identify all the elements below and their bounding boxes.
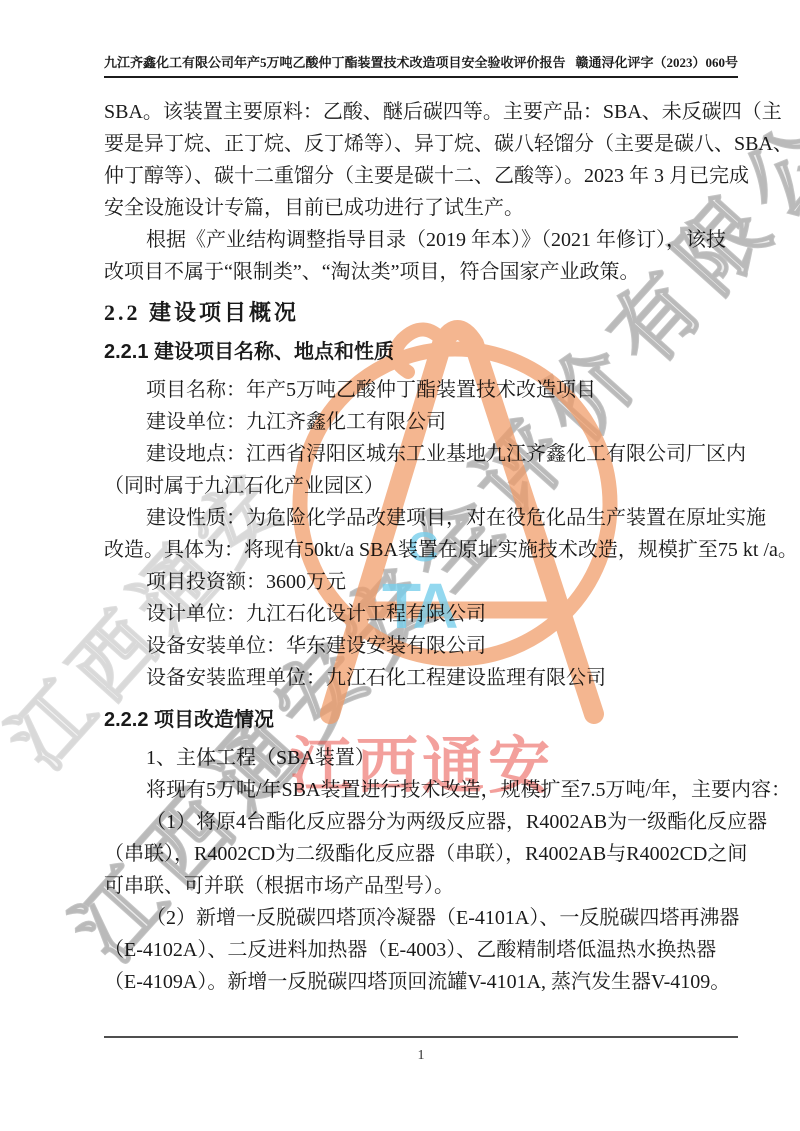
- text-line: 建设地点：江西省浔阳区城东工业基地九江齐鑫化工有限公司厂区内: [104, 438, 744, 470]
- renovation-lines: 1、主体工程（SBA装置）将现有5万吨/年SBA装置进行技术改造，规模扩至7.5…: [104, 742, 744, 998]
- project-info-lines: 项目名称：年产5万吨乙酸仲丁酯装置技术改造项目建设单位：九江齐鑫化工有限公司建设…: [104, 374, 744, 694]
- section-heading-2-2: 2.2 建设项目概况: [104, 298, 744, 328]
- text-line: （串联），R4002CD为二级酯化反应器（串联），R4002AB与R4002CD…: [104, 838, 744, 870]
- report-title: 九江齐鑫化工有限公司年产5万吨乙酸仲丁酯装置技术改造项目安全验收评价报告: [104, 52, 566, 71]
- text-line: 将现有5万吨/年SBA装置进行技术改造，规模扩至7.5万吨/年，主要内容：: [104, 774, 744, 806]
- section-heading-2-2-2: 2.2.2 项目改造情况: [104, 706, 744, 734]
- text-line: 要是异丁烷、正丁烷、反丁烯等）、异丁烷、碳八轻馏分（主要是碳八、SBA、: [104, 128, 744, 160]
- text-line: 建设单位：九江齐鑫化工有限公司: [104, 406, 744, 438]
- text-line: （1）将原4台酯化反应器分为两级反应器，R4002AB为一级酯化反应器: [104, 806, 744, 838]
- text-line: 设备安装监理单位：九江石化工程建设监理有限公司: [104, 662, 744, 694]
- doc-number: 赣通浔化评字（2023）060号: [575, 52, 738, 71]
- text-line: 项目名称：年产5万吨乙酸仲丁酯装置技术改造项目: [104, 374, 744, 406]
- text-line: 设备安装单位：华东建设安装有限公司: [104, 630, 744, 662]
- text-line: （E-4109A）。新增一反脱碳四塔顶回流罐V-4101A, 蒸汽发生器V-41…: [104, 966, 744, 998]
- paragraph-products: SBA。该装置主要原料：乙酸、醚后碳四等。主要产品：SBA、未反碳四（主要是异丁…: [104, 96, 744, 224]
- text-line: 改项目不属于“限制类”、“淘汰类”项目，符合国家产业政策。: [104, 256, 744, 288]
- footer-rule: [104, 1036, 738, 1038]
- text-line: 设计单位：九江石化设计工程有限公司: [104, 598, 744, 630]
- text-line: 建设性质：为危险化学品改建项目，对在役危化品生产装置在原址实施: [104, 502, 744, 534]
- text-line: 1、主体工程（SBA装置）: [104, 742, 744, 774]
- text-line: 改造。具体为：将现有50kt/a SBA装置在原址实施技术改造，规模扩至75 k…: [104, 534, 744, 566]
- document-body: SBA。该装置主要原料：乙酸、醚后碳四等。主要产品：SBA、未反碳四（主要是异丁…: [104, 96, 744, 998]
- text-line: （E-4102A）、二反进料加热器（E-4003）、乙酸精制塔低温热水换热器: [104, 934, 744, 966]
- text-line: 根据《产业结构调整指导目录（2019 年本）》（2021 年修订），该技: [104, 224, 744, 256]
- text-line: 可串联、可并联（根据市场产品型号）。: [104, 870, 744, 902]
- text-line: （2）新增一反脱碳四塔顶冷凝器（E-4101A）、一反脱碳四塔再沸器: [104, 902, 744, 934]
- page-header: 九江齐鑫化工有限公司年产5万吨乙酸仲丁酯装置技术改造项目安全验收评价报告 赣通浔…: [104, 52, 738, 78]
- text-line: SBA。该装置主要原料：乙酸、醚后碳四等。主要产品：SBA、未反碳四（主: [104, 96, 744, 128]
- text-line: 项目投资额：3600万元: [104, 566, 744, 598]
- text-line: 安全设施设计专篇，目前已成功进行了试生产。: [104, 192, 744, 224]
- page-number: 1: [104, 1048, 738, 1064]
- document-page: 九江齐鑫化工有限公司年产5万吨乙酸仲丁酯装置技术改造项目安全验收评价报告 赣通浔…: [0, 0, 800, 1131]
- paragraph-policy: 根据《产业结构调整指导目录（2019 年本）》（2021 年修订），该技改项目不…: [104, 224, 744, 288]
- text-line: （同时属于九江石化产业园区）: [104, 470, 744, 502]
- text-line: 仲丁醇等）、碳十二重馏分（主要是碳十二、乙酸等）。2023 年 3 月已完成: [104, 160, 744, 192]
- section-heading-2-2-1: 2.2.1 建设项目名称、地点和性质: [104, 338, 744, 366]
